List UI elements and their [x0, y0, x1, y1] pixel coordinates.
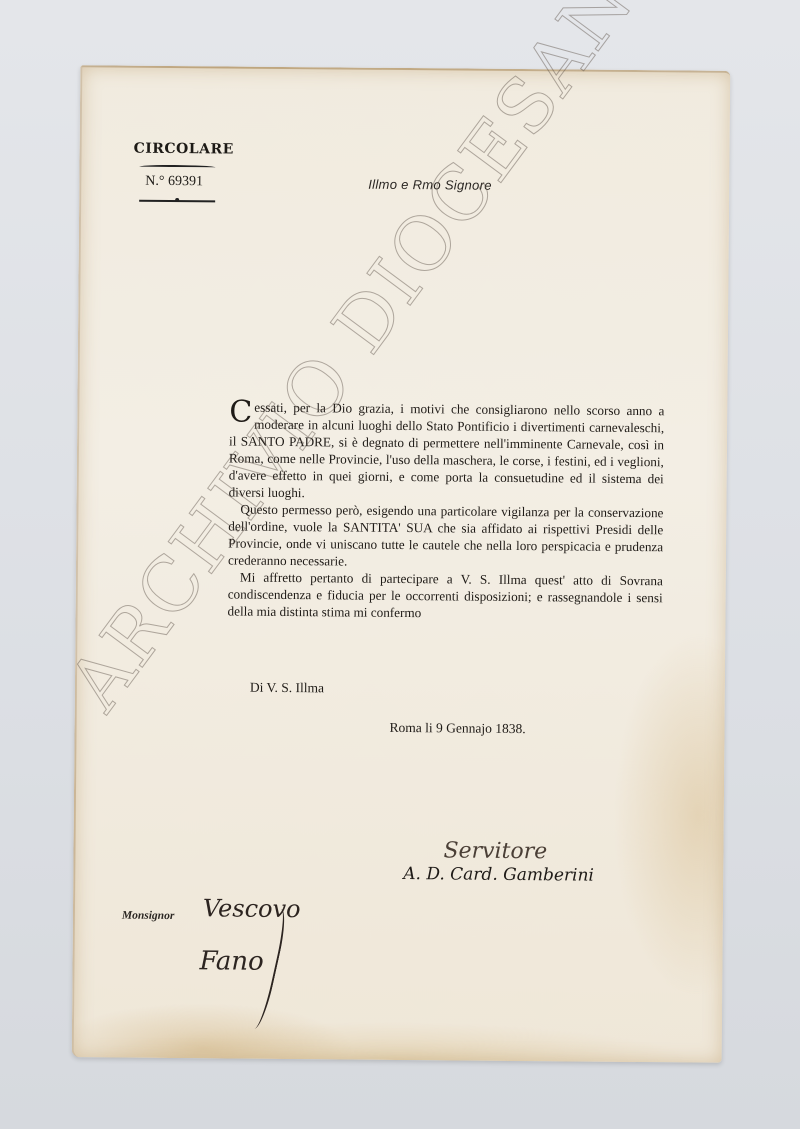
closing-formula: Di V. S. Illma	[250, 680, 324, 697]
paragraph-2: Questo permesso però, esigendo una parti…	[228, 500, 664, 572]
addressee-handwritten-title: Vescovo	[203, 894, 301, 923]
signature-name: A. D. Card. Gamberini	[403, 864, 594, 886]
dateline: Roma li 9 Gennajo 1838.	[389, 720, 525, 737]
document-type-heading: CIRCOLARE	[134, 141, 234, 158]
ornamental-rule-bottom	[139, 200, 215, 203]
circular-number: N.° 69391	[145, 174, 203, 191]
document-sheet: CIRCOLARE N.° 69391 Illmo e Rmo Signore …	[72, 65, 731, 1063]
addressee-printed: Monsignor	[122, 910, 175, 922]
ornamental-rule-top	[139, 165, 215, 170]
paragraph-3: Mi affretto pertanto di partecipare a V.…	[228, 568, 663, 623]
signature-title: Servitore	[443, 838, 547, 864]
